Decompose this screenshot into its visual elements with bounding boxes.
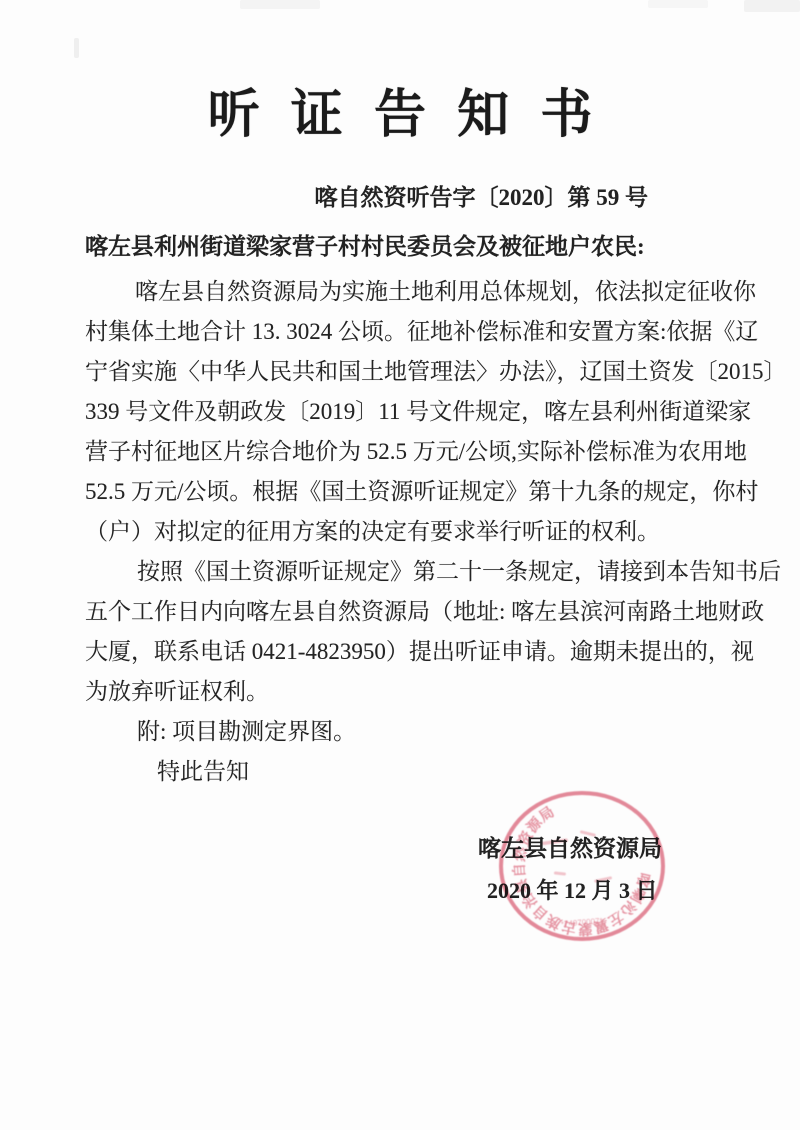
body-line: 营子村征地区片综合地价为 52.5 万元/公顷,实际补偿标准为农用地: [85, 432, 725, 472]
body-line: 大厦，联系电话 0421-4823950）提出听证申请。逾期未提出的，视: [85, 632, 725, 672]
scan-smudge: [240, 0, 320, 9]
body-line: 五个工作日内向喀左县自然资源局（地址: 喀左县滨河南路土地财政: [85, 592, 725, 632]
body-line: 喀左县自然资源局为实施土地利用总体规划，依法拟定征收你: [85, 272, 725, 312]
body-text: 喀左县自然资源局为实施土地利用总体规划，依法拟定征收你村集体土地合计 13. 3…: [85, 272, 725, 792]
body-line: 52.5 万元/公顷。根据《国土资源听证规定》第十九条的规定，你村: [85, 472, 725, 512]
body-line: 按照《国土资源听证规定》第二十一条规定，请接到本告知书后: [85, 552, 725, 592]
body-line: 特此告知: [85, 752, 725, 792]
body-line: 339 号文件及朝政发〔2019〕11 号文件规定，喀左县利州街道梁家: [85, 392, 725, 432]
official-seal-stamp: 喀喇沁左翼蒙古族自治县自然资源局 *74970007*: [494, 788, 670, 946]
body-line: 村集体土地合计 13. 3024 公顷。征地补偿标准和安置方案:依据《辽: [85, 312, 725, 352]
document-title: 听证告知书: [0, 86, 800, 146]
addressee-line: 喀左县利州街道梁家营子村村民委员会及被征地户农民:: [85, 233, 745, 262]
scan-smudge: [648, 0, 708, 8]
body-line: 附: 项目勘测定界图。: [85, 712, 725, 752]
document-page: 听证告知书 喀自然资听告字〔2020〕第 59 号 喀左县利州街道梁家营子村村民…: [0, 0, 800, 1130]
scan-smudge: [74, 38, 79, 58]
body-line: 宁省实施〈中华人民共和国土地管理法〉办法》，辽国土资发〔2015〕: [85, 352, 725, 392]
scan-smudge: [744, 0, 800, 12]
body-line: 为放弃听证权利。: [85, 672, 725, 712]
body-line: （户）对拟定的征用方案的决定有要求举行听证的权利。: [85, 512, 725, 552]
document-number: 喀自然资听告字〔2020〕第 59 号: [0, 184, 648, 212]
